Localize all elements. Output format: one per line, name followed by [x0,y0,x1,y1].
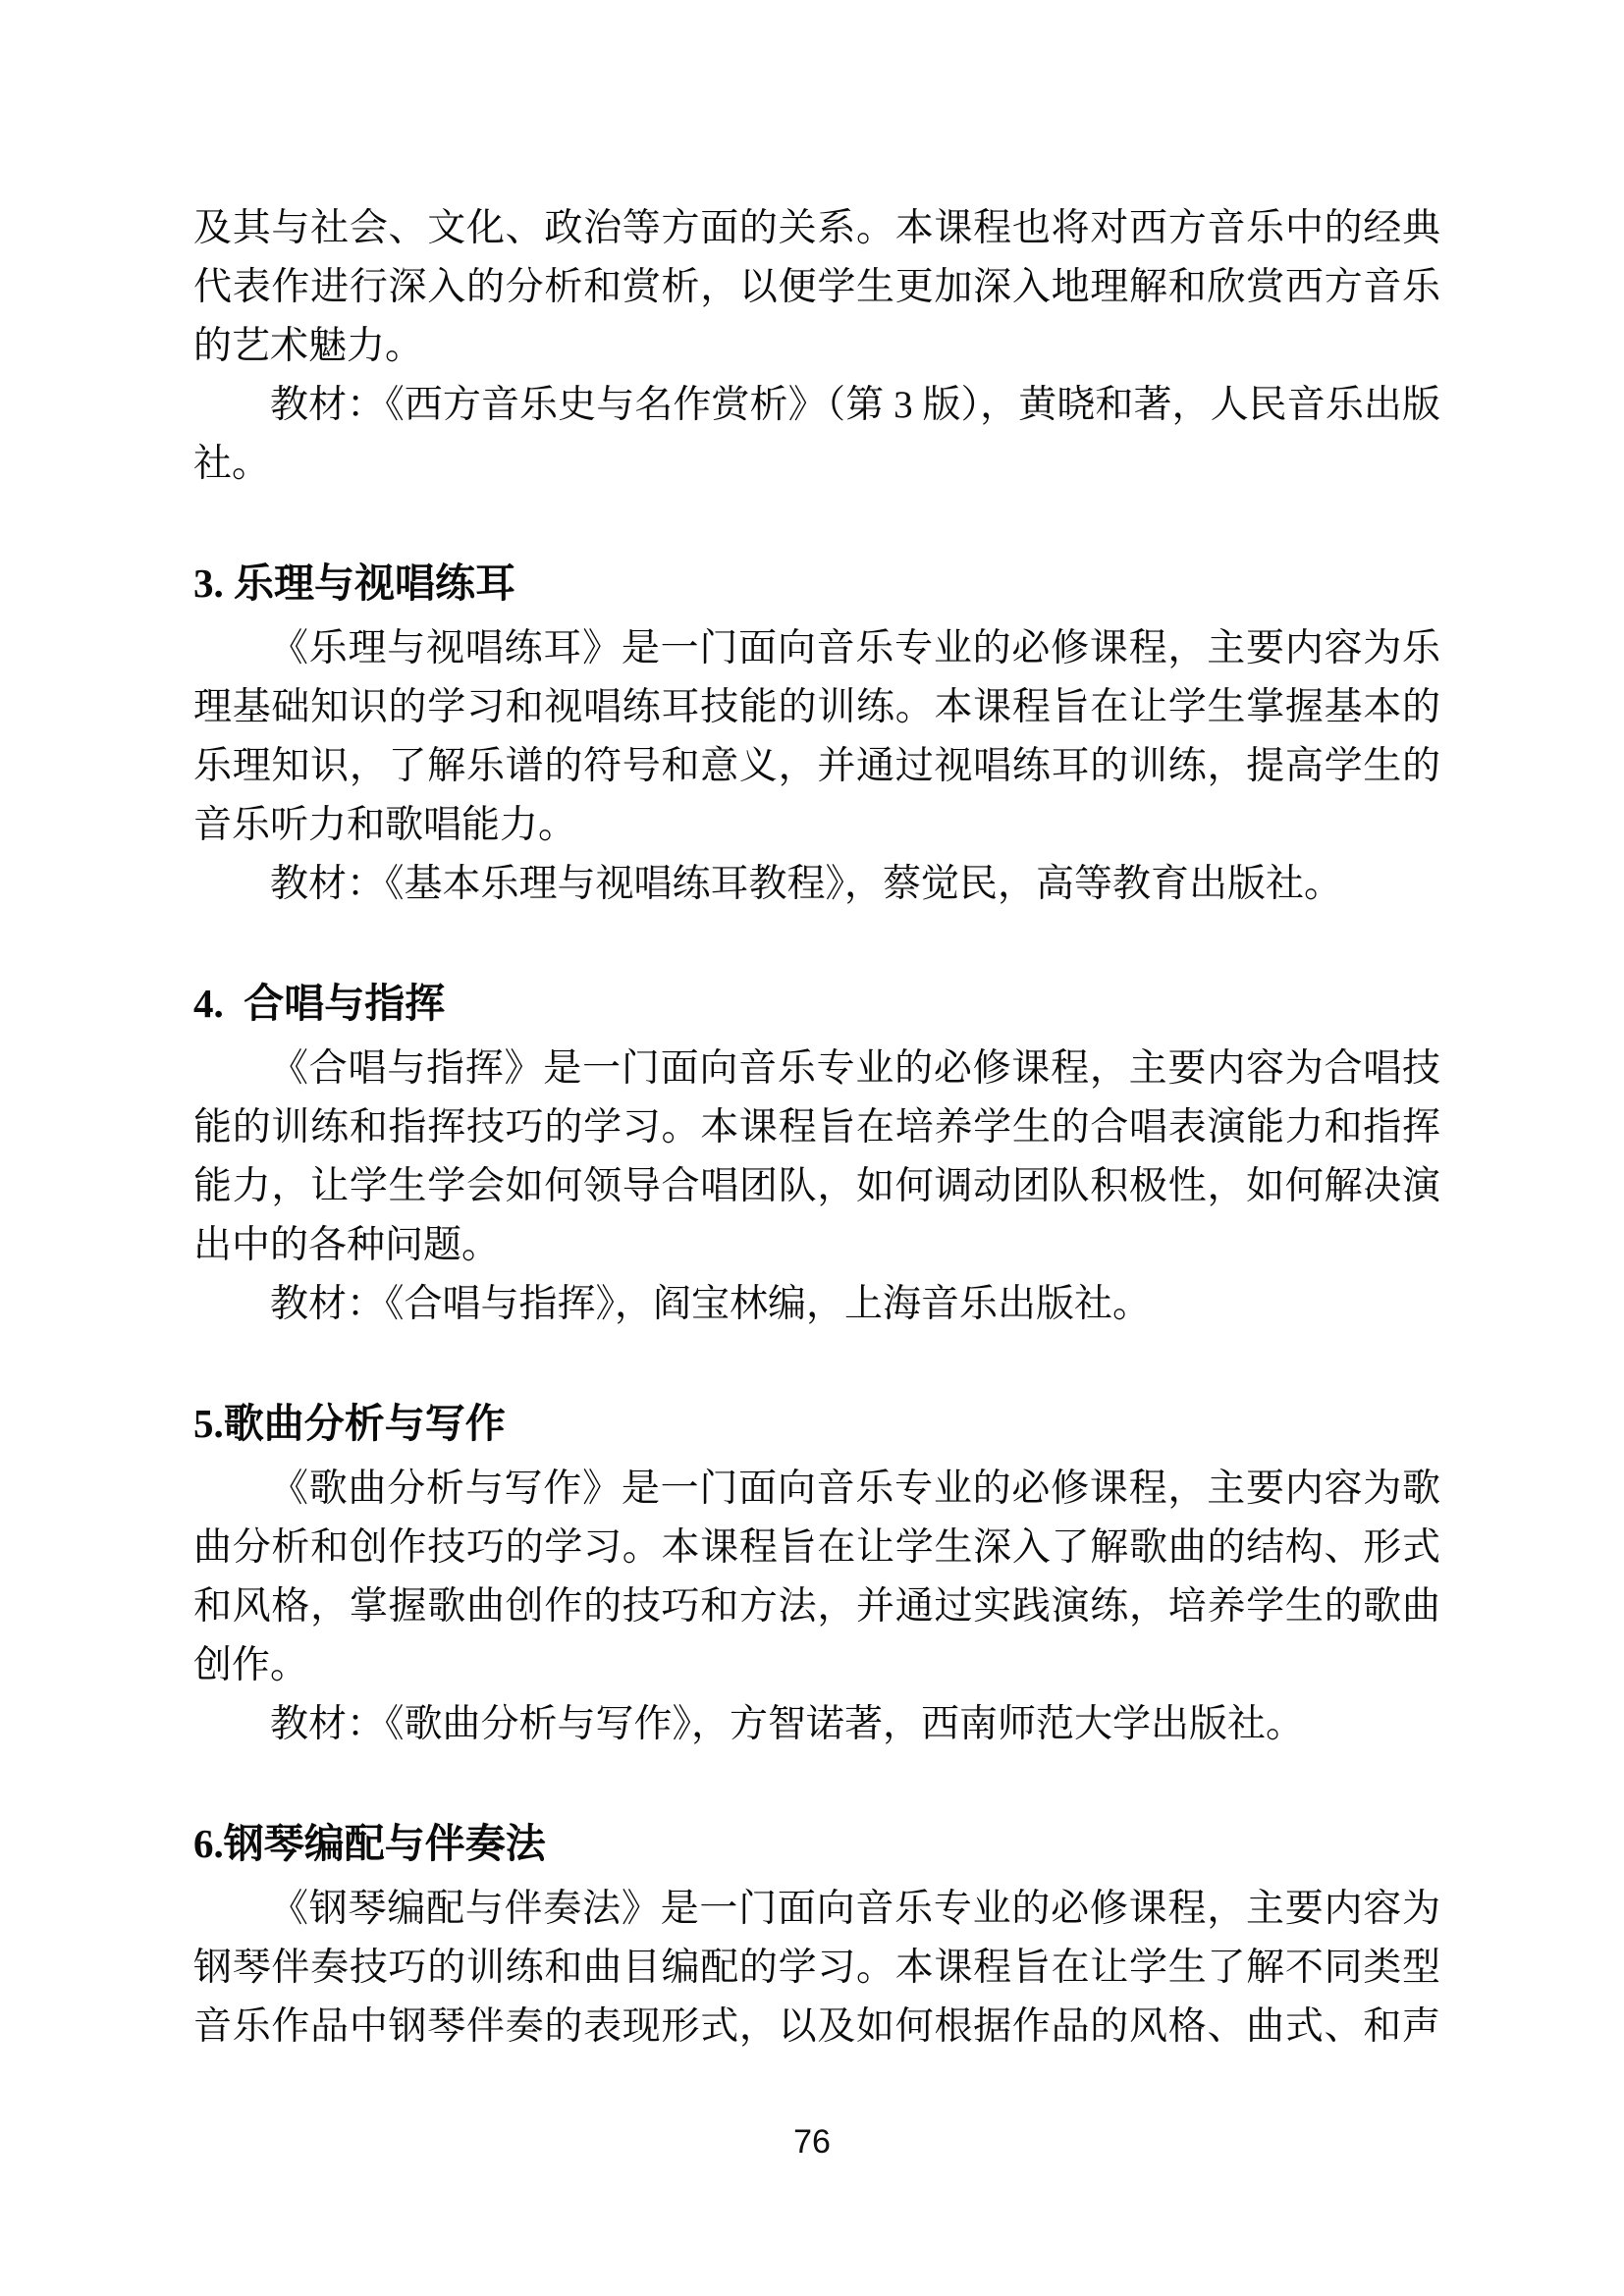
text-line: 音乐听力和歌唱能力。 [193,796,1440,855]
document-page: 及其与社会、文化、政治等方面的关系。本课程也将对西方音乐中的经典代表作进行深入的… [0,0,1624,2296]
section-heading: 4. 合唱与指挥 [193,973,1440,1034]
text-line: 及其与社会、文化、政治等方面的关系。本课程也将对西方音乐中的经典 [193,199,1440,258]
paragraph: 《钢琴编配与伴奏法》是一门面向音乐专业的必修课程，主要内容为钢琴伴奏技巧的训练和… [193,1880,1440,2056]
section-heading: 3. 乐理与视唱练耳 [193,553,1440,614]
section-heading: 6.钢琴编配与伴奏法 [193,1813,1440,1874]
text-line: 《歌曲分析与写作》是一门面向音乐专业的必修课程，主要内容为歌 [193,1460,1440,1519]
paragraph: 《歌曲分析与写作》是一门面向音乐专业的必修课程，主要内容为歌曲分析和创作技巧的学… [193,1460,1440,1695]
text-line: 创作。 [193,1636,1440,1695]
text-line: 能的训练和指挥技巧的学习。本课程旨在培养学生的合唱表演能力和指挥 [193,1098,1440,1157]
text-line: 社。 [193,435,1440,494]
text-line: 音乐作品中钢琴伴奏的表现形式，以及如何根据作品的风格、曲式、和声 [193,1998,1440,2056]
text-line: 钢琴伴奏技巧的训练和曲目编配的学习。本课程旨在让学生了解不同类型 [193,1939,1440,1998]
page-number: 76 [0,2123,1624,2161]
paragraph: 《乐理与视唱练耳》是一门面向音乐专业的必修课程，主要内容为乐理基础知识的学习和视… [193,619,1440,855]
paragraph: 《合唱与指挥》是一门面向音乐专业的必修课程，主要内容为合唱技能的训练和指挥技巧的… [193,1040,1440,1275]
text-line: 教材：《西方音乐史与名作赏析》（第 3 版），黄晓和著，人民音乐出版 [193,376,1440,435]
text-line: 《合唱与指挥》是一门面向音乐专业的必修课程，主要内容为合唱技 [193,1040,1440,1098]
text-line: 出中的各种问题。 [193,1216,1440,1275]
text-line: 的艺术魅力。 [193,317,1440,376]
text-line: 教材：《合唱与指挥》，阎宝林编，上海音乐出版社。 [193,1275,1440,1334]
section-heading: 5.歌曲分析与写作 [193,1393,1440,1454]
text-line: 教材：《歌曲分析与写作》，方智诺著，西南师范大学出版社。 [193,1695,1440,1754]
paragraph: 及其与社会、文化、政治等方面的关系。本课程也将对西方音乐中的经典代表作进行深入的… [193,199,1440,376]
paragraph: 教材：《合唱与指挥》，阎宝林编，上海音乐出版社。 [193,1275,1440,1334]
text-line: 《钢琴编配与伴奏法》是一门面向音乐专业的必修课程，主要内容为 [193,1880,1440,1939]
text-line: 乐理知识，了解乐谱的符号和意义，并通过视唱练耳的训练，提高学生的 [193,737,1440,796]
text-line: 曲分析和创作技巧的学习。本课程旨在让学生深入了解歌曲的结构、形式 [193,1519,1440,1577]
text-line: 能力，让学生学会如何领导合唱团队，如何调动团队积极性，如何解决演 [193,1157,1440,1216]
text-line: 代表作进行深入的分析和赏析，以便学生更加深入地理解和欣赏西方音乐 [193,258,1440,317]
text-line: 《乐理与视唱练耳》是一门面向音乐专业的必修课程，主要内容为乐 [193,619,1440,678]
text-line: 理基础知识的学习和视唱练耳技能的训练。本课程旨在让学生掌握基本的 [193,678,1440,737]
paragraph: 教材：《基本乐理与视唱练耳教程》，蔡觉民，高等教育出版社。 [193,855,1440,914]
text-line: 教材：《基本乐理与视唱练耳教程》，蔡觉民，高等教育出版社。 [193,855,1440,914]
text-line: 和风格，掌握歌曲创作的技巧和方法，并通过实践演练，培养学生的歌曲 [193,1577,1440,1636]
paragraph: 教材：《歌曲分析与写作》，方智诺著，西南师范大学出版社。 [193,1695,1440,1754]
paragraph: 教材：《西方音乐史与名作赏析》（第 3 版），黄晓和著，人民音乐出版社。 [193,376,1440,494]
document-content: 及其与社会、文化、政治等方面的关系。本课程也将对西方音乐中的经典代表作进行深入的… [193,199,1440,2056]
